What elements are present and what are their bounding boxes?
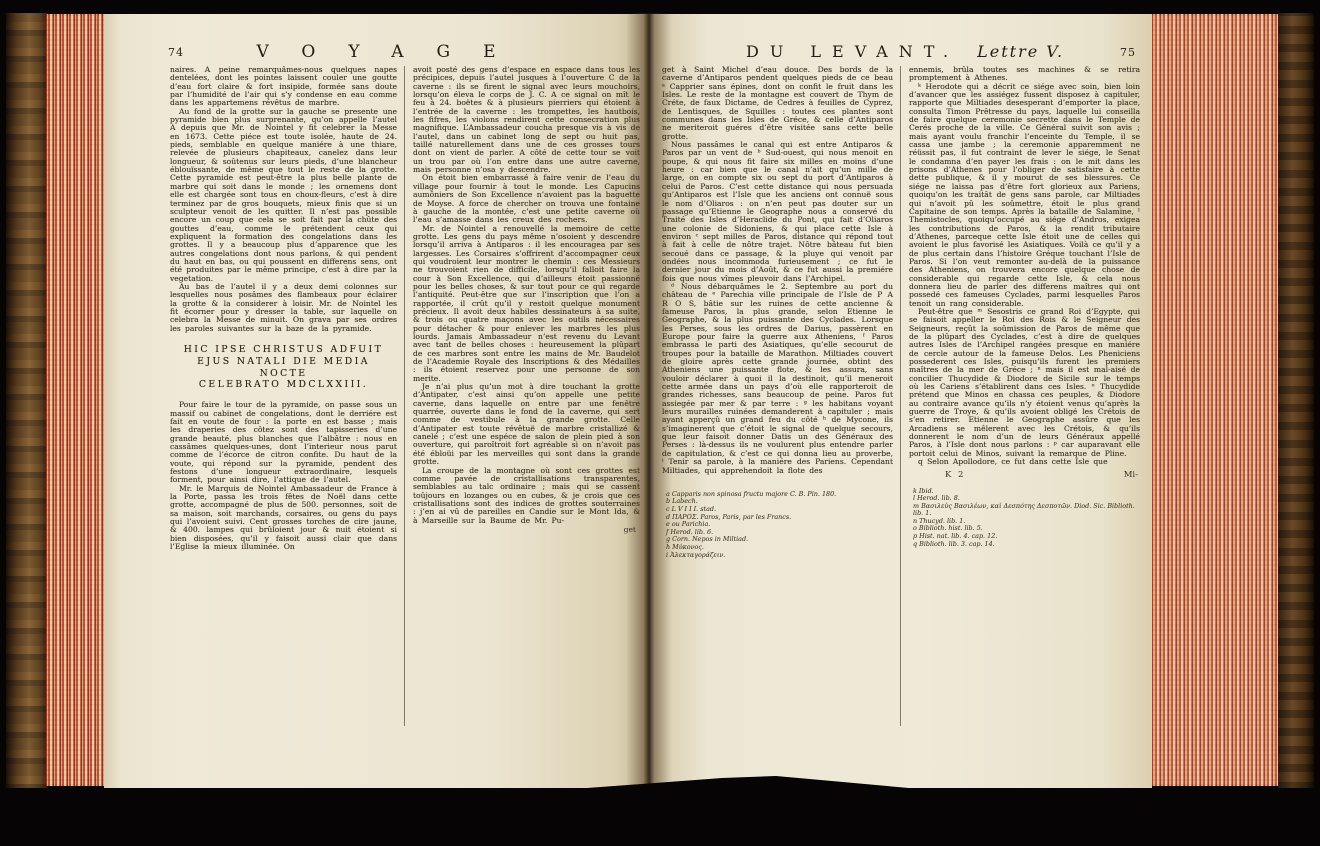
footnote: a Capparis non spinosa fructu majore C. … [666, 491, 893, 499]
footnote: m Βασιλεὺς Βασιλέων, καὶ Δεσπότης Δεσποτ… [913, 503, 1140, 518]
catchword-right-page: Mi- [1124, 470, 1138, 480]
paragraph: Pour faire le tour de la pyramide, on pa… [170, 401, 397, 484]
scan-border-bottom [0, 788, 1320, 846]
inscription-line: CELEBRATO MDCLXXIII. [172, 379, 395, 391]
red-fore-edge-left [46, 14, 106, 786]
column-2: avoit posté des gens d’espace en espace … [404, 66, 640, 726]
book-scan: 74 VOYAGE naires. A peine remarquâmes-no… [0, 0, 1320, 846]
signature-line: K 2 Mi- [909, 470, 1140, 480]
red-fore-edge-right [1152, 14, 1278, 786]
paragraph: Je n’ai plus qu’un mot à dire touchant l… [413, 383, 640, 466]
page-number-75: 75 [1120, 46, 1136, 59]
column-1: get à Saint Michel d’eau douce. Des bord… [662, 66, 893, 726]
page-75: DU LEVANT.Lettre V. 75 get à Saint Miche… [648, 14, 1152, 788]
paragraph: Mr. le Marquis de Nointel Ambassadeur de… [170, 485, 397, 552]
paragraph: Mr. de Nointel a renouvellé la memoire d… [413, 225, 640, 384]
gathering-signature: K 2 [945, 470, 965, 480]
paragraph: Au fond de la grotte sur la gauche se pr… [170, 108, 397, 283]
text-columns-left-page: naires. A peine remarquâmes-nous quelque… [170, 66, 640, 726]
column-1-paragraphs: get à Saint Michel d’eau douce. Des bord… [662, 66, 893, 475]
column-2: ennemis, brûla toutes ses machines & se … [900, 66, 1140, 726]
paragraph: q Selon Apollodore, ce fut dans cette Is… [909, 458, 1140, 466]
paragraph: ᵈ Nous débarquâmes le 2. Septembre au po… [662, 283, 893, 475]
paragraph: get à Saint Michel d’eau douce. Des bord… [662, 66, 893, 141]
paragraph: Nous passâmes le canal qui est entre Ant… [662, 141, 893, 283]
paragraph: ennemis, brûla toutes ses machines & se … [909, 66, 1140, 83]
column-2-paragraphs: ennemis, brûla toutes ses machines & se … [909, 66, 1140, 467]
column-1-top-paragraphs: naires. A peine remarquâmes-nous quelque… [170, 66, 397, 333]
paragraph: On étoit bien embarrassé à faire venir d… [413, 174, 640, 224]
scan-border-top [0, 0, 1320, 13]
inscription-line: HIC IPSE CHRISTUS ADFUIT [172, 344, 395, 356]
paragraph: La croupe de la montagne où sont ces gro… [413, 467, 640, 525]
wood-board-right [1278, 12, 1314, 790]
page-74: 74 VOYAGE naires. A peine remarquâmes-no… [104, 14, 648, 788]
footnotes-column-2: k Ibid.l Herod. lib. 8.m Βασιλεὺς Βασιλέ… [909, 488, 1140, 549]
text-columns-right-page: get à Saint Michel d’eau douce. Des bord… [662, 66, 1140, 726]
paragraph: ᵏ Herodote qui a décrit ce siége avec so… [909, 83, 1140, 308]
running-title-voyage: VOYAGE [104, 42, 648, 62]
column-1: naires. A peine remarquâmes-nous quelque… [170, 66, 397, 726]
footnote: i Ἀλεκταγοράζειν. [666, 552, 893, 560]
paragraph: Peut-être que ᵐ Sesostris ce grand Roi d… [909, 308, 1140, 458]
column-1-bottom-paragraphs: Pour faire le tour de la pyramide, on pa… [170, 401, 397, 551]
latin-inscription: HIC IPSE CHRISTUS ADFUITEJUS NATALI DIE … [172, 344, 395, 391]
footnote: q Biblioth. lib. 3. cap. 14. [913, 541, 1140, 549]
column-2-paragraphs: avoit posté des gens d’espace en espace … [413, 66, 640, 525]
running-title-du-levant: DU LEVANT.Lettre V. [746, 42, 1152, 61]
letter-label: Lettre V. [977, 42, 1064, 61]
paragraph: naires. A peine remarquâmes-nous quelque… [170, 66, 397, 108]
footnotes-column-1: a Capparis non spinosa fructu majore C. … [662, 491, 893, 559]
wood-board-left [6, 12, 48, 790]
paragraph: avoit posté des gens d’espace en espace … [413, 66, 640, 174]
inscription-line: EJUS NATALI DIE MEDIA NOCTE [172, 356, 395, 380]
paragraph: Au bas de l’autel il y a deux demi colon… [170, 283, 397, 333]
book-gutter-shadow [626, 12, 672, 790]
catchword-left-page: get [413, 525, 640, 534]
